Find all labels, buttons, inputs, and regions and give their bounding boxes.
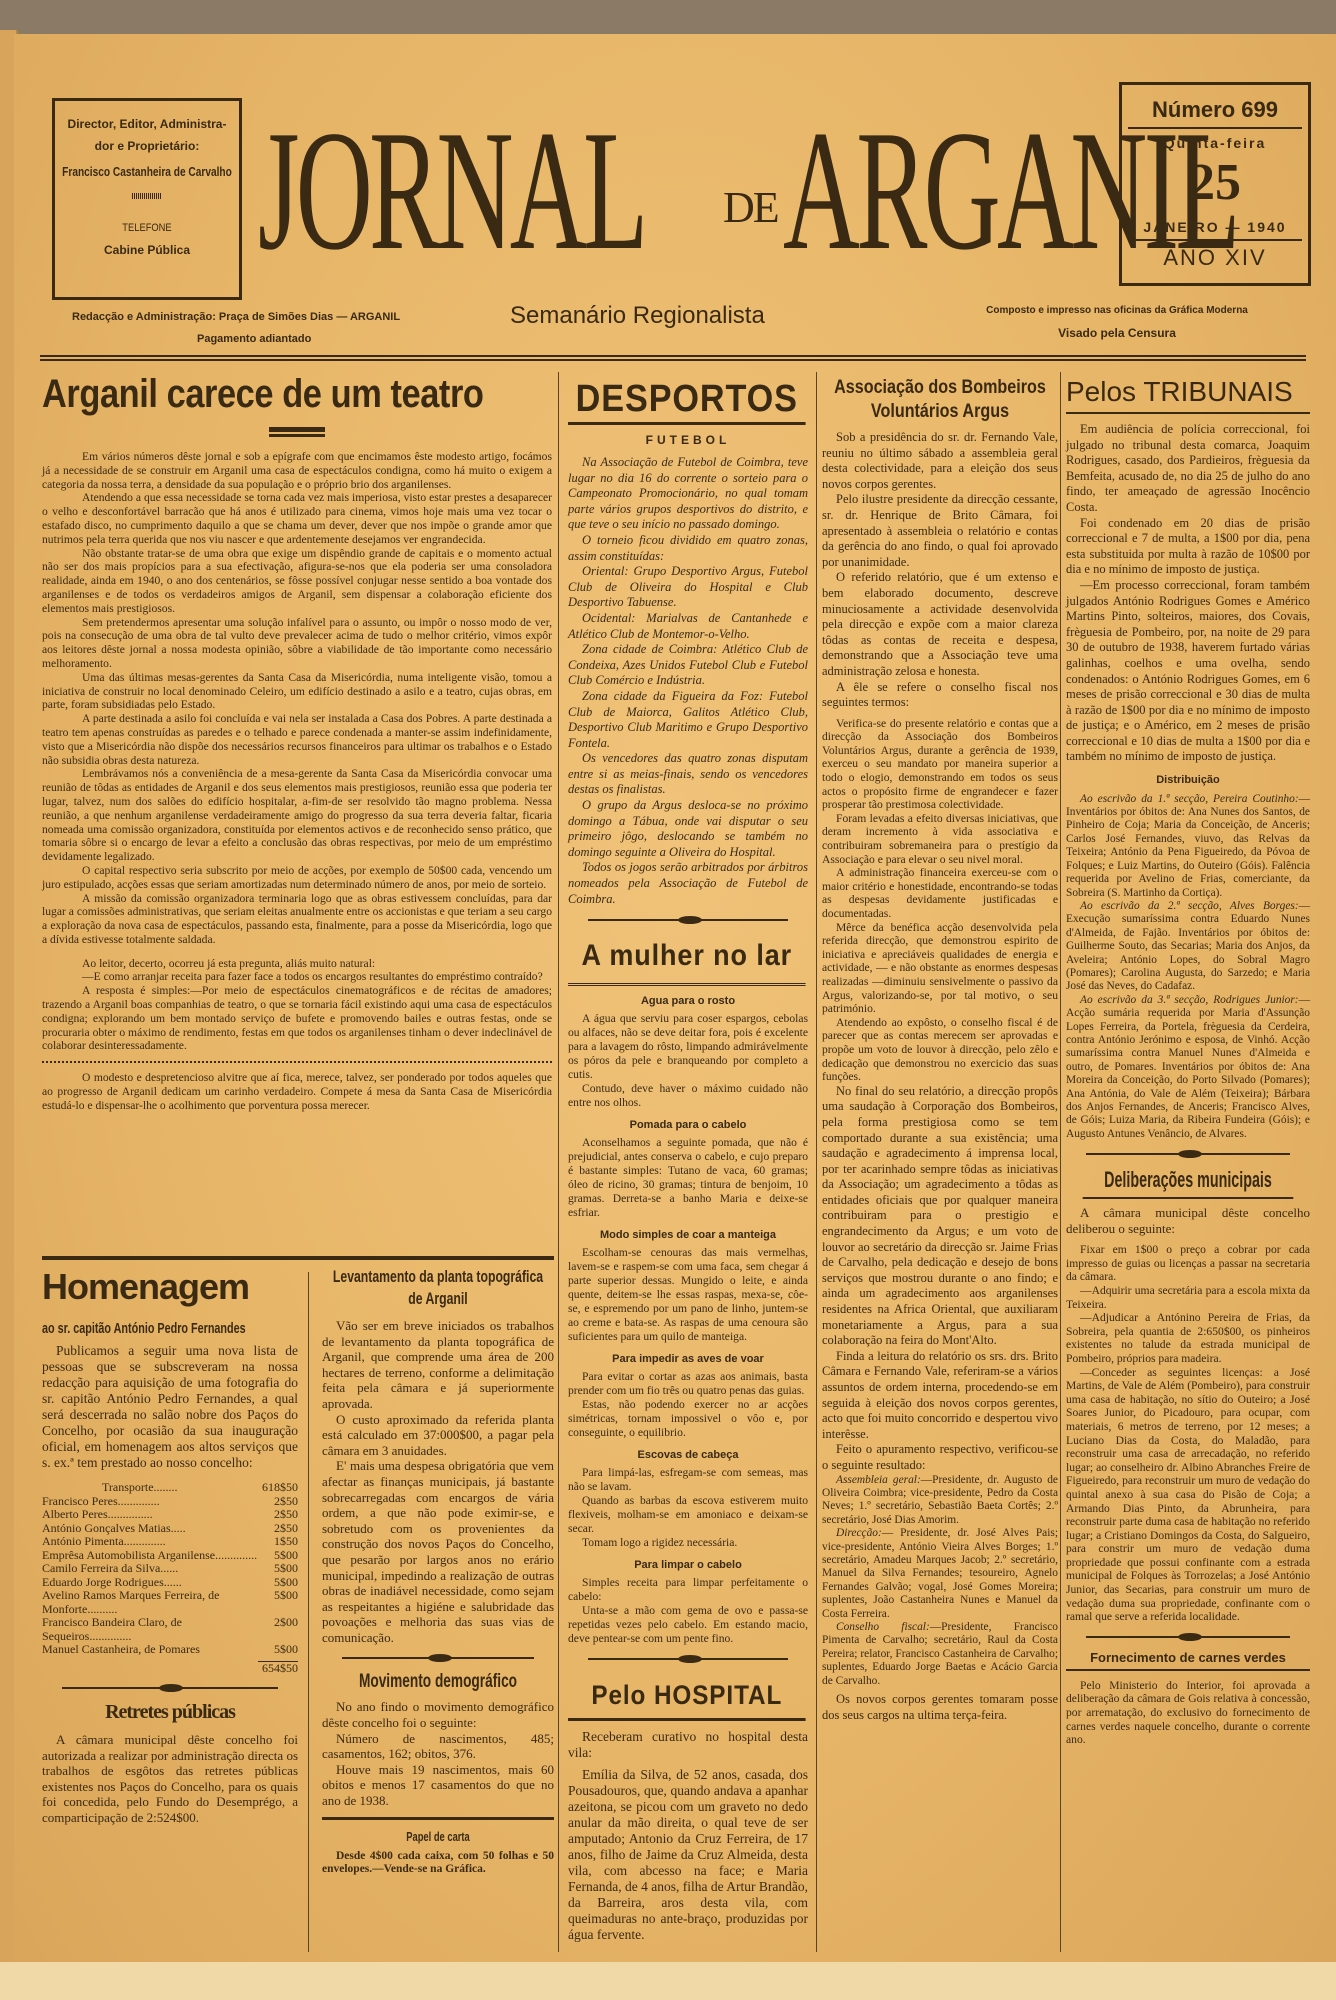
paragraph: Os novos corpos gerentes tomaram posse d… [822, 1692, 1058, 1723]
paragraph: Feito o apuramento respectivo, verificou… [822, 1442, 1058, 1473]
paragraph: Foi condenado em 20 dias de prisão corre… [1066, 516, 1310, 578]
paragraph: A parte destinada a asilo foi concluída … [42, 712, 552, 767]
column-divider [558, 372, 559, 1952]
title-de: DE [723, 182, 778, 233]
phone-value: Cabine Pública [55, 239, 239, 261]
homenagem-column: Homenagem ao sr. capitão António Pedro F… [42, 1266, 298, 1825]
ornamental-rule [1086, 1636, 1290, 1638]
ornamental-rule [342, 1657, 534, 1659]
papel-headline: Papel de carta [354, 1826, 521, 1848]
column-divider [816, 372, 817, 1952]
section-title: Para limpar o cabelo [568, 1558, 808, 1572]
issue-day: 25 [1122, 155, 1308, 211]
address-block: Redacção e Administração: Praça de Simõe… [72, 306, 482, 350]
paragraph: O modesto e despretencioso alvitre que a… [42, 1071, 552, 1112]
paragraph: Foram levadas a efeito diversas iniciati… [822, 812, 1058, 866]
paragraph: O torneio ficou dividido em quatro zonas… [568, 533, 808, 564]
paragraph: —Adjudicar a Antónino Pereira de Frias, … [1066, 1311, 1310, 1365]
paragraph: A câmara municipal dêste concelho foi au… [42, 1732, 298, 1825]
distribution-list: Ao escrivão da 1.ª secção, Pereira Couti… [1066, 793, 1310, 1142]
list-item: Francisco Peres..............2$50 [42, 1495, 298, 1509]
director-role-line1: Director, Editor, Administra- [55, 113, 239, 135]
paragraph: O custo aproximado da referida planta es… [322, 1412, 554, 1459]
mulher-no-lar: A mulher no lar Agua para o rosto A água… [568, 933, 808, 1646]
paragraph: Sem pretendermos apresentar uma solução … [42, 616, 552, 671]
subtitle: Semanário Regionalista [510, 302, 765, 330]
paragraph: —Conceder as seguintes licenças: a José … [1066, 1366, 1310, 1624]
sports-column: DESPORTOS FUTEBOL Na Associação de Futeb… [568, 376, 808, 1943]
bombeiros-column: Associação dos Bombeiros Voluntários Arg… [822, 376, 1058, 1723]
retretes-section: Retretes públicas A câmara municipal dês… [42, 1701, 298, 1825]
list-item: Transporte........618$50 [42, 1481, 298, 1495]
paragraph: Contudo, deve haver o máximo cuidado não… [568, 1082, 808, 1110]
list-item: António Pimenta..............1$50 [42, 1535, 298, 1549]
paragraph: Emília da Silva, de 52 anos, casada, dos… [568, 1767, 808, 1943]
director-role-line2: dor e Proprietário: [55, 135, 239, 157]
paragraph: —Adquirir uma secretária para a escola m… [1066, 1284, 1310, 1311]
list-item: Camilo Ferreira da Silva......5$00 [42, 1562, 298, 1576]
paragraph: Estas, não podendo exercer no ar acções … [568, 1398, 808, 1440]
paragraph: Aconselhamos a seguinte pomada, que não … [568, 1136, 808, 1220]
homenagem-headline: Homenagem [42, 1266, 298, 1308]
carnes-section: Fornecimento de carnes verdes Pelo Minis… [1066, 1650, 1310, 1747]
mulher-body: Agua para o rosto A água que serviu para… [568, 994, 808, 1646]
list-item: Eduardo Jorge Rodrigues......5$00 [42, 1576, 298, 1590]
section-title: Pomada para o cabelo [568, 1118, 808, 1132]
paragraph: Ocidental: Marialvas de Cantanhede e Atl… [568, 611, 808, 642]
list-item: Manuel Castanheira, de Pomares5$00 [42, 1643, 298, 1657]
deliberacoes-headline: Deliberações municipais [1083, 1167, 1294, 1199]
paragraph: Ao leitor, decerto, ocorreu já esta preg… [42, 957, 552, 971]
paragraph: Desde 4$00 cada caixa, com 50 folhas e 5… [322, 1850, 554, 1877]
ornamental-rule [588, 1658, 788, 1660]
paragraph: Receberam curativo no hospital desta vil… [568, 1729, 808, 1761]
paragraph: Finda a leitura do relatório os srs. drs… [822, 1349, 1058, 1443]
address-line: Redacção e Administração: Praça de Simõe… [72, 306, 482, 328]
levantamento-column: Levantamento da planta topográfica de Ar… [322, 1266, 554, 1877]
paragraph: Publicamos a seguir uma nova lista de pe… [42, 1343, 298, 1471]
paragraph: Quando as barbas da escova estiverem mui… [568, 1494, 808, 1536]
issue-weekday: Quinta-feira [1122, 135, 1308, 151]
section-rule [42, 1256, 554, 1260]
paragraph: Número de nascimentos, 485; casamentos, … [322, 1731, 554, 1762]
result-entry: Assembleia geral:—Presidente, dr. August… [822, 1474, 1058, 1528]
paragraph: Atendendo a que essa necessidade se torn… [42, 491, 552, 546]
page-bottom-edge [0, 1962, 1336, 2000]
sports-body: Na Associação de Futebol de Coimbra, tev… [568, 455, 808, 907]
tribunais-body: Em audiência de polícia correccional, fo… [1066, 422, 1310, 1141]
paragraph: Em vários números dêste jornal e sob a e… [42, 450, 552, 491]
bombeiros-headline: Associação dos Bombeiros Voluntários Arg… [823, 376, 1058, 424]
hospital-body: Receberam curativo no hospital desta vil… [568, 1729, 808, 1943]
paragraph: Zona cidade de Coimbra: Atlético Club de… [568, 642, 808, 689]
hospital-headline: Pelo HOSPITAL [568, 1672, 806, 1721]
result-entry: Conselho fiscal:—Presidente, Francisco P… [822, 1621, 1058, 1688]
column-divider [308, 1272, 309, 1952]
paragraph: Lembrávamos nós a conveniência de a mesa… [42, 767, 552, 864]
column-divider [1060, 372, 1061, 1952]
director-box: Director, Editor, Administra- dor e Prop… [52, 98, 242, 300]
paragraph: Fixar em 1$00 o preço a cobrar por cada … [1066, 1243, 1310, 1284]
section-title: Modo simples de coar a manteiga [568, 1228, 808, 1242]
paragraph: Para evitar o cortar as azas aos animais… [568, 1370, 808, 1398]
movimento-headline: Movimento demográfico [354, 1671, 521, 1693]
homenagem-subhead: ao sr. capitão António Pedro Fernandes [42, 1320, 226, 1337]
section-title: Escovas de cabeça [568, 1448, 808, 1462]
ornament-bar [132, 193, 162, 199]
paragraph: O grupo da Argus desloca-se no próximo d… [568, 798, 808, 860]
mulher-headline: A mulher no lar [568, 933, 806, 986]
paragraph: Não obstante tratar-se de uma obra que e… [42, 547, 552, 616]
subscription-list: Transporte........618$50 Francisco Peres… [42, 1481, 298, 1675]
fiscal-quote: Verifica-se do presente relatório e cont… [822, 717, 1058, 1084]
paragraph: Oriental: Grupo Desportivo Argus, Futebo… [568, 564, 808, 611]
lead-body: Em vários números dêste jornal e sob a e… [42, 450, 552, 1113]
lead-article: Arganil carece de um teatro Em vários nú… [42, 372, 552, 1113]
paragraph: No ano findo o movimento demográfico dês… [322, 1699, 554, 1730]
paragraph: Vão ser em breve iniciados os trabalhos … [322, 1318, 554, 1412]
paragraph: Em audiência de polícia correccional, fo… [1066, 422, 1310, 516]
paragraph: Pelo Ministerio do Interior, foi aprovad… [1066, 1679, 1310, 1747]
deliberacoes-section: Deliberações municipais A câmara municip… [1066, 1167, 1310, 1624]
carnes-headline: Fornecimento de carnes verdes [1066, 1650, 1310, 1671]
distribution-entry: Ao escrivão da 2.ª secção, Alves Borges:… [1066, 900, 1310, 994]
newspaper-title: JORNAL DE ARGANIL [258, 86, 1048, 296]
election-results: Assembleia geral:—Presidente, dr. August… [822, 1474, 1058, 1689]
tribunais-headline: Pelos TRIBUNAIS [1066, 376, 1310, 414]
paragraph: Os vencedores das quatro zonas disputam … [568, 751, 808, 798]
paragraph: Na Associação de Futebol de Coimbra, tev… [568, 455, 808, 533]
papel-section: Papel de carta Desde 4$00 cada caixa, co… [322, 1826, 554, 1877]
paragraph: Unta-se a mão com gema de ovo e passa-se… [568, 1604, 808, 1646]
paragraph: Mêrce da benéfica acção desenvolvida pel… [822, 921, 1058, 1016]
paragraph: —E como arranjar receita para fazer face… [42, 970, 552, 984]
issue-year-label: ANO XIV [1122, 245, 1308, 271]
printer-line: Composto e impresso nas oficinas da Gráf… [952, 300, 1282, 322]
dotted-separator [42, 1053, 552, 1063]
paragraph: A câmara municipal dêste concelho delibe… [1066, 1205, 1310, 1237]
ornamental-rule [62, 1687, 278, 1689]
paragraph: O capital respectivo seria subscrito por… [42, 864, 552, 892]
section-rule [322, 1817, 554, 1820]
paragraph: O referido relatório, que é um extenso e… [822, 570, 1058, 679]
title-jornal: JORNAL [258, 86, 644, 296]
paragraph: Sob a presidência do sr. dr. Fernando Va… [822, 430, 1058, 492]
director-name: Francisco Castanheira de Carvalho [52, 161, 242, 183]
sports-headline: DESPORTOS [568, 376, 806, 425]
list-item: Francisco Bandeira Claro, de Sequeiros..… [42, 1616, 298, 1643]
list-item: António Gonçalves Matias.....2$50 [42, 1522, 298, 1536]
censor-line: Visado pela Censura [952, 322, 1282, 344]
payment-line: Pagamento adiantado [72, 328, 482, 350]
paragraph: Verifica-se do presente relatório e cont… [822, 717, 1058, 812]
section-title: Agua para o rosto [568, 994, 808, 1008]
bombeiros-body: Sob a presidência do sr. dr. Fernando Va… [822, 430, 1058, 1723]
phone-label: TELEFONE [69, 217, 225, 239]
paragraph: A missão da comissão organizadora termin… [42, 892, 552, 947]
paragraph: Escolham-se cenouras das mais vermelhas,… [568, 1246, 808, 1344]
result-entry: Direcção:— Presidente, dr. José Alves Pa… [822, 1527, 1058, 1621]
issue-box: Número 699 Quinta-feira 25 JANEIRO — 194… [1119, 82, 1311, 286]
paragraph: Zona cidade da Figueira da Foz: Futebol … [568, 689, 808, 751]
paragraph: Simples receita para limpar perfeitament… [568, 1576, 808, 1604]
levantamento-headline: Levantamento da planta topográfica de Ar… [326, 1266, 551, 1310]
paragraph: Tomam logo a rigidez necessária. [568, 1536, 808, 1550]
paragraph: A resposta é simples:—Por meio de espect… [42, 984, 552, 1053]
list-item: Avelino Ramos Marques Ferreira, de Monfo… [42, 1589, 298, 1616]
hospital-section: Pelo HOSPITAL Receberam curativo no hosp… [568, 1672, 808, 1943]
paragraph: A água que serviu para coser espargos, c… [568, 1012, 808, 1082]
paragraph: E' mais uma despesa obrigatória que vem … [322, 1458, 554, 1645]
paragraph: A administração financeira exerceu-se co… [822, 866, 1058, 920]
headline-dash [269, 427, 325, 434]
lead-headline: Arganil carece de um teatro [42, 372, 481, 417]
paragraph: Atendendo ao expôsto, o conselho fiscal … [822, 1016, 1058, 1084]
deliberacoes-body: A câmara municipal dêste concelho delibe… [1066, 1205, 1310, 1624]
masthead-rule [40, 355, 1306, 361]
paragraph: Para limpá-las, esfregam-se com semeas, … [568, 1466, 808, 1494]
levantamento-body: Vão ser em breve iniciados os trabalhos … [322, 1318, 554, 1645]
tribunais-column: Pelos TRIBUNAIS Em audiência de polícia … [1066, 376, 1310, 1747]
list-item: Alberto Peres...............2$50 [42, 1508, 298, 1522]
sports-subhead: FUTEBOL [568, 433, 808, 447]
movimento-section: Movimento demográfico No ano findo o mov… [322, 1671, 554, 1808]
distribution-subhead: Distribuição [1066, 773, 1310, 789]
distribution-entry: Ao escrivão da 3.ª secção, Rodrigues Jun… [1066, 994, 1310, 1141]
list-item: Emprêsa Automobilista Arganilense.......… [42, 1549, 298, 1563]
paragraph: —Em processo correccional, foram também … [1066, 578, 1310, 765]
paragraph: No final do seu relatório, a direcção pr… [822, 1084, 1058, 1349]
ornamental-rule [1086, 1153, 1290, 1155]
paragraph: Todos os jogos serão arbitrados por árbi… [568, 860, 808, 907]
paragraph: Pelo ilustre presidente da direcção cess… [822, 492, 1058, 570]
section-title: Para impedir as aves de voar [568, 1352, 808, 1366]
printer-block: Composto e impresso nas oficinas da Gráf… [952, 300, 1282, 344]
list-total: 654$50 [258, 1661, 298, 1676]
ornamental-rule [588, 919, 788, 921]
issue-number: Número 699 [1128, 97, 1302, 129]
paragraph: A êle se refere o conselho fiscal nos se… [822, 680, 1058, 711]
paragraph: Houve mais 19 nascimentos, mais 60 obito… [322, 1762, 554, 1809]
retretes-headline: Retretes públicas [42, 1701, 298, 1724]
issue-month-year: JANEIRO — 1940 [1128, 219, 1302, 241]
distribution-entry: Ao escrivão da 1.ª secção, Pereira Couti… [1066, 793, 1310, 900]
paragraph: Uma das últimas mesas-gerentes da Santa … [42, 671, 552, 712]
